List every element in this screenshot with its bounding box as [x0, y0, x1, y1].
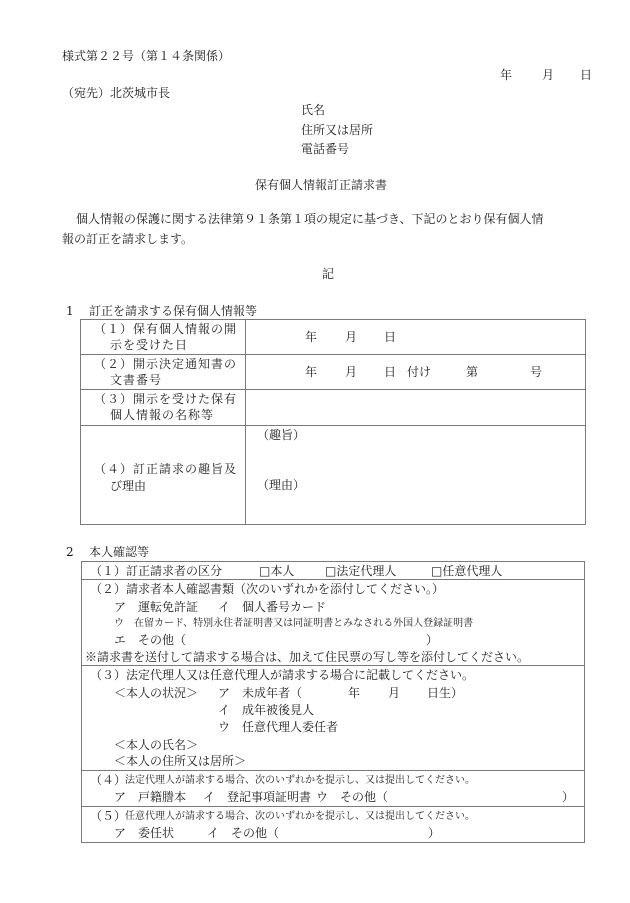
row-label: （１）保有個人情報の開 [94, 322, 237, 336]
doc-other-input[interactable] [188, 632, 424, 648]
row-label: （２）開示決定通知書の [94, 357, 237, 371]
reason-label: （理由） [257, 478, 305, 492]
row-label: （３）法定代理人又は任意代理人が請求する場合に記載してください。 [90, 668, 474, 682]
principal-name-input[interactable] [230, 737, 580, 753]
legal-doc-u: ウ その他（ [316, 790, 388, 804]
row-label: （２）請求者本人確認書類（次のいずれかを添付してください。） [90, 582, 444, 596]
doc-option-e: エ その他（ [114, 633, 186, 647]
table-border [81, 561, 584, 562]
table-border [81, 561, 82, 843]
row-label: （４）訂正請求の趣旨及 [94, 462, 237, 476]
doc-option-i: イ 個人番号カード [218, 600, 326, 614]
status-option-i: イ 成年被後見人 [218, 703, 314, 717]
row-label: （３）開示を受けた保有 [94, 392, 237, 406]
day-label: 日生） [427, 686, 463, 700]
year-label: 年 [500, 68, 512, 82]
year-label: 年 [348, 686, 360, 700]
section2-heading: 本人確認等 [89, 545, 149, 559]
row-number: （４） [90, 773, 126, 787]
status-option-a: ア 未成年者（ [218, 686, 302, 700]
row-label: び理由 [110, 479, 146, 493]
row-label: （１）訂正請求者の区分 [90, 564, 222, 578]
row-number: （５） [90, 809, 126, 823]
status-option-u: ウ 任意代理人委任者 [218, 720, 338, 734]
checkbox-voluntary-rep[interactable]: □任意代理人 [431, 564, 502, 578]
voluntary-other-input[interactable] [286, 825, 426, 841]
disclosure-date-input[interactable] [246, 320, 585, 354]
principal-name-label: ＜本人の氏名＞ [114, 738, 198, 752]
month-label: 月 [388, 686, 400, 700]
row-label: 個人情報の名称等 [110, 408, 214, 422]
info-name-input[interactable] [246, 390, 585, 425]
row-label: 任意代理人が請求する場合、次のいずれかを提示し、又は提出してください。 [125, 810, 475, 824]
table-border [585, 319, 586, 525]
table-border [81, 665, 584, 666]
table-border [81, 770, 584, 771]
checkbox-legal-rep[interactable]: □法定代理人 [325, 564, 396, 578]
reason-input[interactable] [246, 494, 585, 523]
purpose-input[interactable] [246, 444, 585, 474]
ki-heading: 記 [322, 267, 334, 281]
section2-number: 2 [66, 545, 74, 559]
paren-close: ） [428, 826, 440, 840]
page-title: 保有個人情報訂正請求書 [255, 178, 387, 192]
checkbox-self[interactable]: □本人 [259, 564, 294, 578]
table-border [81, 806, 584, 807]
table-border [81, 579, 584, 580]
table-border [80, 319, 81, 525]
table-border [81, 842, 584, 843]
principal-address-input[interactable] [262, 753, 580, 769]
addressee: （宛先）北茨城市長 [62, 86, 170, 100]
doc-option-a: ア 運転免許証 [114, 600, 198, 614]
applicant-name-field[interactable]: 氏名 [301, 103, 325, 117]
section1-number: 1 [66, 304, 74, 318]
row-label: 示を受けた日 [110, 338, 188, 352]
form-number: 様式第２２号（第１４条関係） [62, 49, 230, 63]
voluntary-doc-i: イ その他（ [207, 826, 279, 840]
legal-doc-i: イ 登記事項証明書 [203, 790, 311, 804]
applicant-address-field[interactable]: 住所又は居所 [301, 123, 373, 137]
paren-close: ） [562, 790, 574, 804]
principal-address-label: ＜本人の住所又は居所＞ [114, 754, 246, 768]
intro-line-1: 個人情報の保護に関する法律第９１条第１項の規定に基づき、下記のとおり保有個人情 [76, 212, 544, 226]
table-border [80, 524, 586, 525]
legal-doc-a: ア 戸籍謄本 [114, 790, 186, 804]
row-label: 法定代理人が請求する場合、次のいずれかを提示し、又は提出してください。 [125, 774, 475, 788]
voluntary-doc-a: ア 委任状 [114, 826, 174, 840]
status-label: ＜本人の状況＞ [114, 686, 198, 700]
paren-close: ） [426, 633, 438, 647]
mail-note: ※請求書を送付して請求する場合は、加えて住民票の写し等を添付してください。 [85, 650, 529, 664]
notice-number-input[interactable] [246, 355, 585, 389]
applicant-phone-field[interactable]: 電話番号 [301, 142, 349, 156]
table-border [80, 425, 586, 426]
month-label: 月 [542, 68, 554, 82]
section1-heading: 訂正を請求する保有個人情報等 [89, 304, 257, 318]
purpose-label: （趣旨） [257, 428, 305, 442]
row-label: 文書番号 [110, 373, 162, 387]
doc-option-u: ウ 在留カード、特別永住者証明書又は同証明書とみなされる外国人登録証明書 [114, 617, 473, 631]
day-label: 日 [580, 68, 592, 82]
intro-line-2: 報の訂正を請求します。 [62, 232, 193, 246]
table-border [584, 561, 585, 843]
legal-other-input[interactable] [400, 789, 560, 805]
